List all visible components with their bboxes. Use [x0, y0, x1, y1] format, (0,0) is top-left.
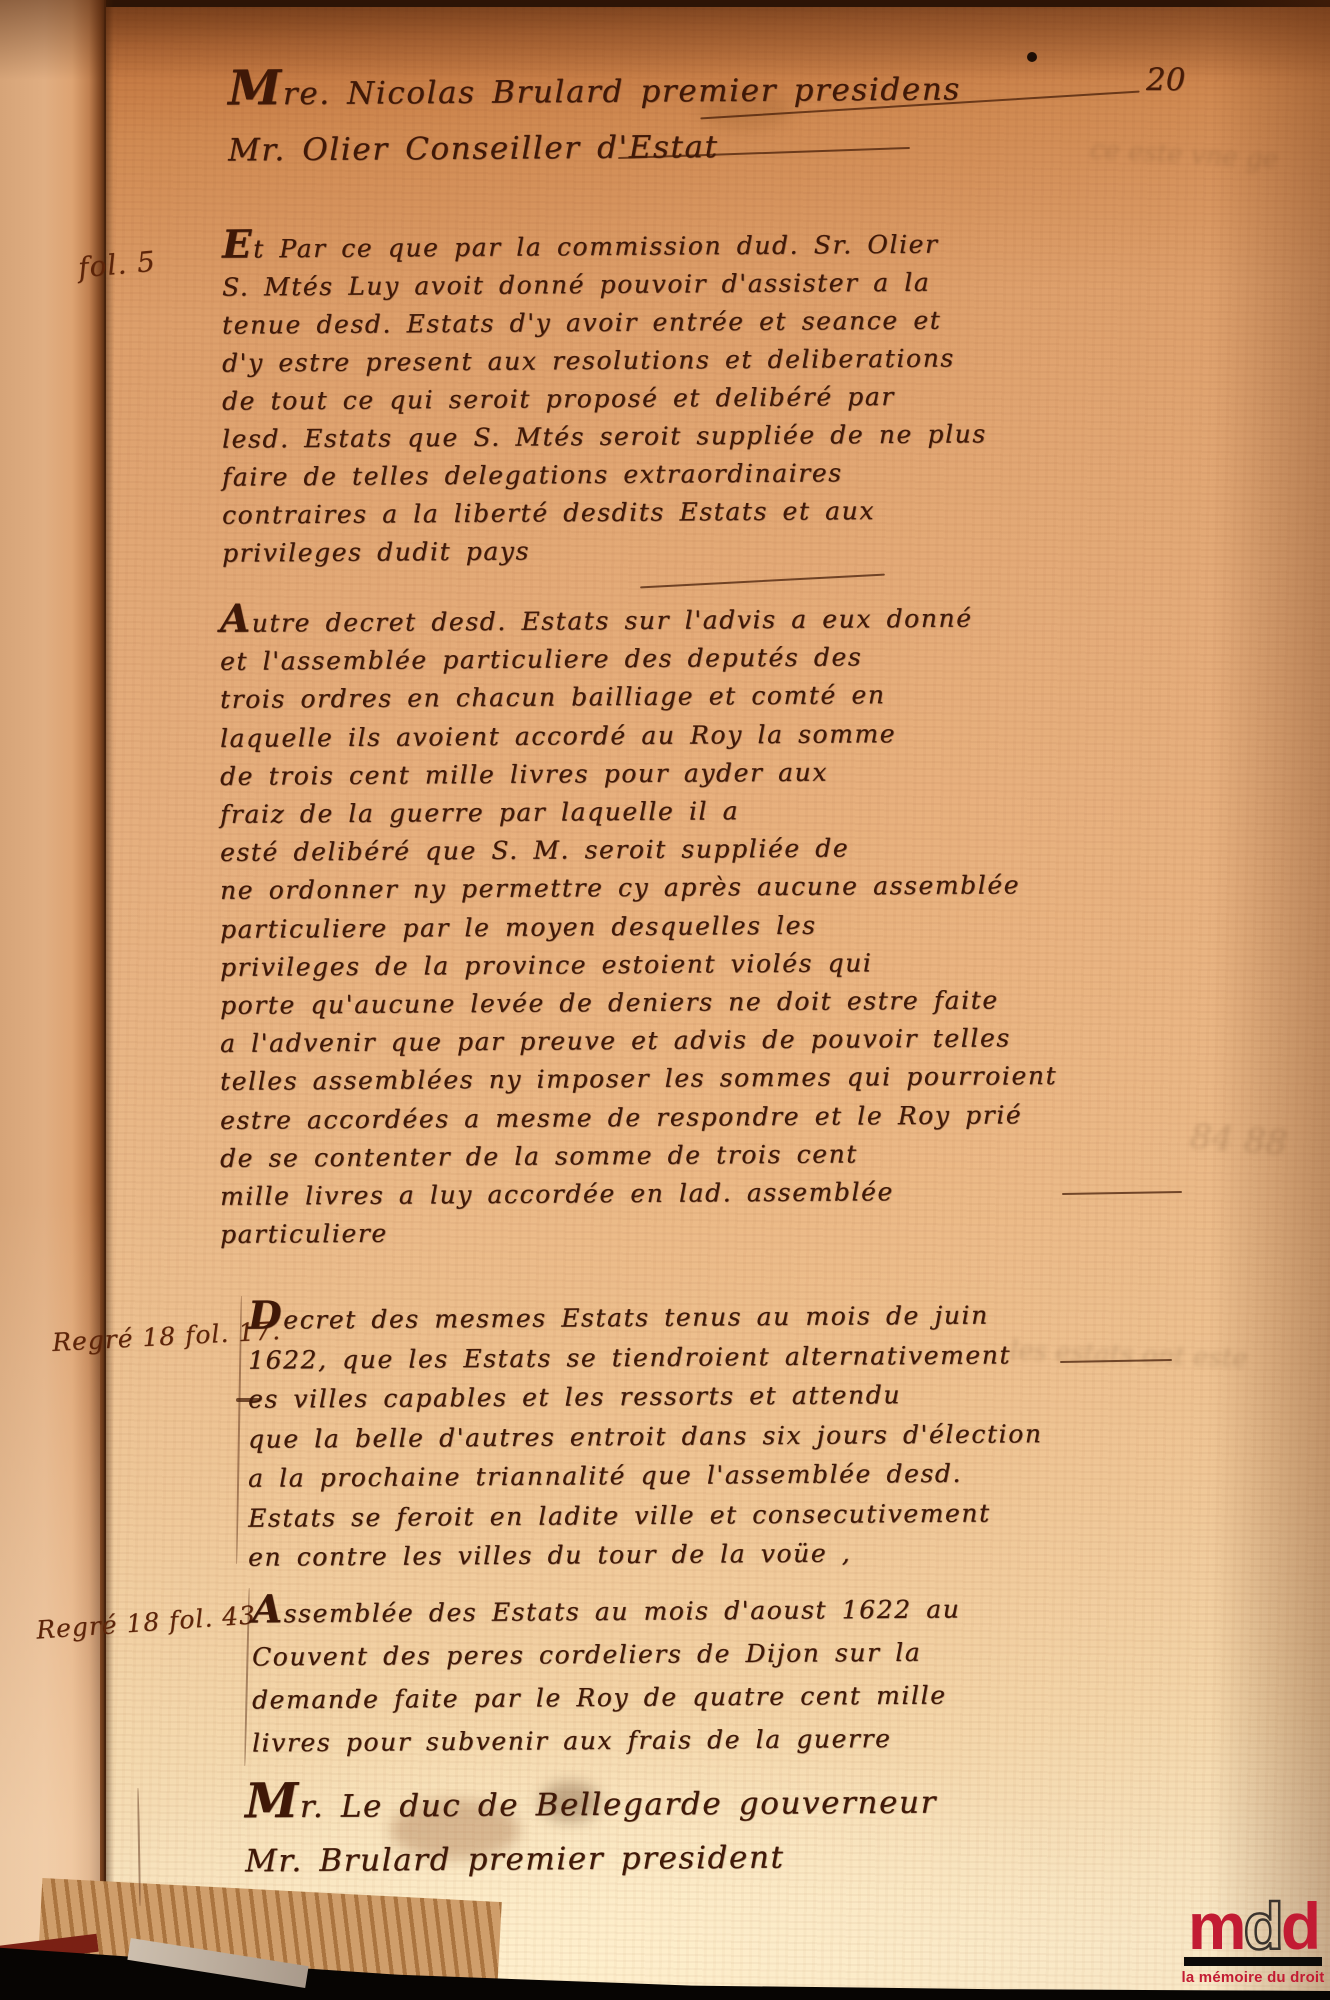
- closing-signatories: Mr. Le duc de Bellegarde gouverneurMr. B…: [245, 1772, 937, 1886]
- manuscript-line: particuliere: [220, 1210, 1057, 1254]
- manuscript-header: Mre. Nicolas Brulard premier presidensMr…: [228, 58, 961, 176]
- manuscript-line: de se contenter de la somme de trois cen…: [220, 1134, 1057, 1178]
- manuscript-line: Mre. Nicolas Brulard premier presidens: [228, 55, 961, 122]
- manuscript-line: telles assemblées ny imposer les sommes …: [220, 1058, 1057, 1102]
- paragraph-autre-decret: Autre decret desd. Estats sur l'advis a …: [220, 598, 1057, 1251]
- manuscript-line: particuliere par le moyen desquelles les: [220, 905, 1057, 949]
- bleed-through-text: les estats ont este: [1010, 1336, 1249, 1374]
- manuscript-line: S. Mtés Luy avoit donné pouvoir d'assist…: [222, 263, 987, 306]
- margin-note-folio: fol. 5: [77, 245, 157, 285]
- mdd-watermark: mdd la mémoire du droit: [1178, 1896, 1328, 1986]
- manuscript-line: Decret des mesmes Estats tenus au mois d…: [248, 1291, 1043, 1340]
- manuscript-line: privileges de la province estoient violé…: [220, 943, 1057, 987]
- mdd-logo-tagline: la mémoire du droit: [1178, 1969, 1328, 1986]
- page-number: 20: [1146, 62, 1185, 98]
- manuscript-line: en contre les villes du tour de la voüe …: [248, 1532, 1043, 1577]
- manuscript-line: lesd. Estats que S. Mtés seroit suppliée…: [222, 415, 987, 458]
- manuscript-line: de trois cent mille livres pour ayder au…: [220, 752, 1057, 796]
- manuscript-line: Estats se feroit en ladite ville et cons…: [248, 1493, 1043, 1538]
- manuscript-line: ne ordonner ny permettre cy après aucune…: [220, 866, 1057, 910]
- paragraph-decret-juin-1622: Decret des mesmes Estats tenus au mois d…: [248, 1294, 1043, 1575]
- manuscript-line: faire de telles delegations extraordinai…: [222, 453, 987, 496]
- manuscript-line: porte qu'aucune levée de deniers ne doit…: [220, 981, 1057, 1025]
- manuscript-line: privileges dudit pays: [222, 529, 987, 572]
- manuscript-line: d'y estre present aux resolutions et del…: [222, 339, 987, 382]
- manuscript-line: de tout ce qui seroit proposé et delibér…: [222, 377, 987, 420]
- manuscript-line: Couvent des peres cordeliers de Dijon su…: [252, 1631, 961, 1679]
- ink-dot: [1027, 52, 1037, 62]
- manuscript-line: a l'advenir que par preuve et advis de p…: [220, 1019, 1057, 1063]
- mdd-logo-text: mdd: [1178, 1896, 1328, 1956]
- manuscript-line: mille livres a luy accordée en lad. asse…: [220, 1172, 1057, 1216]
- manuscript-line: a la prochaine triannalité que l'assembl…: [248, 1453, 1043, 1498]
- manuscript-line: estre accordées a mesme de respondre et …: [220, 1096, 1057, 1140]
- manuscript-line: Autre decret desd. Estats sur l'advis a …: [220, 595, 1057, 643]
- manuscript-line: livres pour subvenir aux frais de la gue…: [252, 1717, 961, 1765]
- photo-top-edge: [0, 0, 1330, 7]
- manuscript-line: Assemblée des Estats au mois d'aoust 162…: [252, 1584, 961, 1636]
- bleed-through-text: ce este vne ge: [1089, 135, 1278, 175]
- manuscript-photo: ce este vne ge les estats ont este 84 88…: [0, 0, 1330, 2000]
- manuscript-line: Mr. Brulard premier president: [245, 1830, 937, 1889]
- flourish-line: [1062, 1191, 1182, 1195]
- manuscript-line: et l'assemblée particuliere des deputés …: [220, 637, 1057, 681]
- manuscript-line: contraires a la liberté desdits Estats e…: [222, 491, 987, 534]
- manuscript-line: demande faite par le Roy de quatre cent …: [252, 1674, 961, 1722]
- manuscript-line: es villes capables et les ressorts et at…: [248, 1374, 1043, 1419]
- bleed-through-text: 84 88: [1189, 1117, 1289, 1164]
- manuscript-line: tenue desd. Estats d'y avoir entrée et s…: [222, 301, 987, 344]
- manuscript-line: laquelle ils avoient accordé au Roy la s…: [220, 714, 1057, 758]
- manuscript-line: Et Par ce que par la commission dud. Sr.…: [222, 221, 987, 268]
- paragraph-commission-olier: Et Par ce que par la commission dud. Sr.…: [222, 224, 987, 570]
- manuscript-line: 1622, que les Estats se tiendroient alte…: [248, 1335, 1043, 1380]
- manuscript-line: que la belle d'autres entroit dans six j…: [248, 1414, 1043, 1459]
- binding-crease: [104, 0, 114, 2000]
- manuscript-line: Mr. Le duc de Bellegarde gouverneur: [245, 1770, 937, 1835]
- manuscript-line: trois ordres en chacun bailliage et comt…: [220, 675, 1057, 719]
- flourish-line: [640, 574, 885, 589]
- manuscript-line: fraiz de la guerre par laquelle il a: [220, 790, 1057, 834]
- manuscript-line: esté delibéré que S. M. seroit suppliée …: [220, 828, 1057, 872]
- paragraph-assemblee-aoust-1622: Assemblée des Estats au mois d'aoust 162…: [252, 1586, 960, 1762]
